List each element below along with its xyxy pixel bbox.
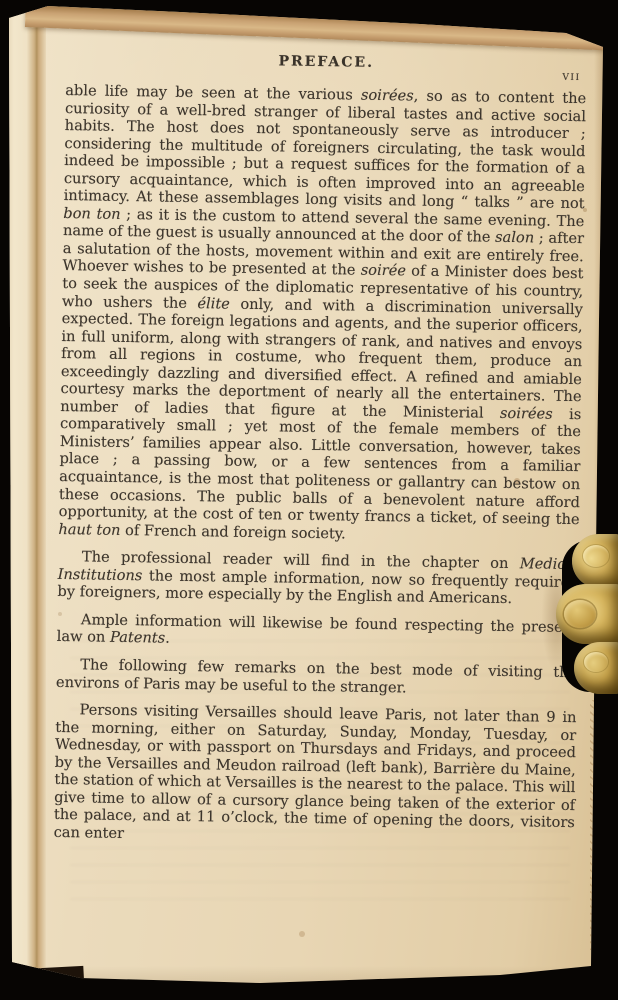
gilded-fingertip-middle: [556, 584, 618, 644]
page-top-edge-stack: [25, 0, 616, 51]
gilded-fingertip-top: [572, 534, 618, 588]
foxing-specks: [0, 0, 4, 4]
photo-backdrop: { "document": { "header": { "title": "PR…: [0, 0, 618, 1000]
page-right-edge: [594, 50, 604, 960]
paragraph-patents: Ample information will likewise be found…: [57, 611, 578, 654]
page-text: PREFACE. vii able life may be seen at th…: [54, 46, 587, 850]
page-corner-curl: [0, 966, 85, 996]
fingertip-highlight: [584, 652, 608, 672]
gilded-fingers-hand: [552, 534, 618, 698]
paragraph-medical-institutions: The professional reader will find in the…: [57, 548, 579, 609]
paragraph-versailles: Persons visiting Versailles should leave…: [54, 701, 577, 850]
book-page: PREFACE. vii able life may be seen at th…: [0, 0, 618, 1000]
fingernail: [564, 600, 596, 628]
page-bottom-shadow: [0, 966, 618, 1000]
paragraph-environs: The following few remarks on the best mo…: [56, 656, 577, 699]
gilded-fingertip-bottom: [574, 642, 618, 694]
fingertip-highlight: [583, 545, 609, 567]
deckle-edge-texture: [590, 700, 598, 950]
paragraph-continued: able life may be seen at the various soi…: [58, 82, 586, 546]
page-title: PREFACE.: [66, 46, 587, 76]
page-gutter-spine: [0, 0, 46, 1000]
page-number: vii: [562, 68, 580, 86]
